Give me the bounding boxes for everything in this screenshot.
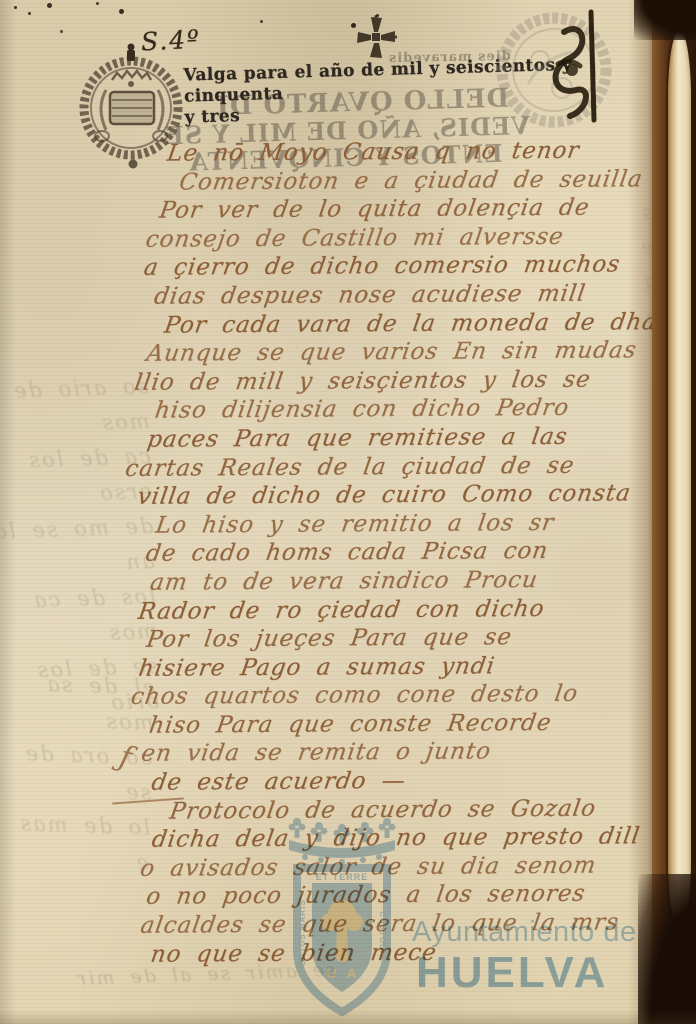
binding-corner-bottom: [638, 874, 696, 1024]
cross-pattee-icon: [355, 15, 397, 61]
page-curve-shadow: [628, 0, 654, 1024]
manuscript-line: en vida se remita o junto: [139, 737, 673, 769]
page-bottom-shade: [0, 1010, 696, 1024]
manuscript-line: Comersioton e a çiudad de seuilla: [177, 165, 669, 197]
manuscript-line: consejo de Castillo mi alversse: [144, 222, 670, 254]
manuscript-line: paces Para que remitiese a las: [145, 422, 671, 454]
manuscript-line: o no poco jurados a los senores: [144, 879, 674, 911]
manuscript-line: Rador de ro çiedad con dicho: [136, 594, 672, 626]
page-left-edge-shade: [0, 0, 16, 1024]
manuscript-line: Protocolo de acuerdo se Gozalo: [168, 794, 674, 826]
manuscript-line: Le nō Moyo Causa q no tenor: [165, 136, 669, 168]
manuscript-line: villa de dicho de cuiro Como consta: [135, 479, 671, 511]
binding-corner-top: [634, 0, 696, 40]
manuscript-line: Por los jueçes Para que se: [144, 622, 672, 654]
manuscript-line: de este acuerdo —: [149, 765, 673, 797]
manuscript-line: hiso dilijensia con dicho Pedro: [153, 393, 671, 425]
manuscript-page-scan: so ario de mos ca de los erso de mo se l…: [0, 0, 696, 1024]
manuscript-line: chos quartos como cone desto lo: [129, 679, 673, 711]
manuscript-line: alcaldes se que sera lo que la mrs: [138, 908, 674, 940]
manuscript-line: dicha dela y dijo no que presto dill: [150, 822, 674, 854]
manuscript-line: am to de vera sindico Procu: [148, 565, 672, 597]
manuscript-line: llio de mill y seisçientos y los se: [133, 365, 671, 397]
manuscript-line: de cado homs cada Picsa con: [144, 536, 672, 568]
manuscript-line: hiso Para que conste Recorde: [147, 708, 673, 740]
manuscript-line: Aunque se que varios En sin mudas: [144, 336, 670, 368]
handwritten-text-block: Le nō Moyo Causa q no tenorComersioton e…: [115, 136, 673, 969]
manuscript-line: Por ver de lo quita dolençia de: [157, 193, 669, 225]
next-page-edge: [668, 30, 691, 929]
manuscript-line: Por cada vara de la moneda de dha: [162, 308, 670, 340]
manuscript-line: no que se bien mece: [149, 937, 675, 969]
ornamental-seal-icon: [488, 4, 626, 146]
manuscript-line: dias despues nose acudiese mill: [152, 279, 670, 311]
ink-specks: [14, 6, 17, 9]
manuscript-line: o avisados salor de su dia senom: [138, 851, 674, 883]
manuscript-line: Lo hiso y se remitio a los sr: [154, 508, 672, 540]
manuscript-line: cartas Reales de la çiudad de se: [123, 451, 671, 483]
manuscript-line: hisiere Pago a sumas yndi: [137, 651, 673, 683]
manuscript-line: a çierro de dicho comersio muchos: [142, 250, 670, 282]
